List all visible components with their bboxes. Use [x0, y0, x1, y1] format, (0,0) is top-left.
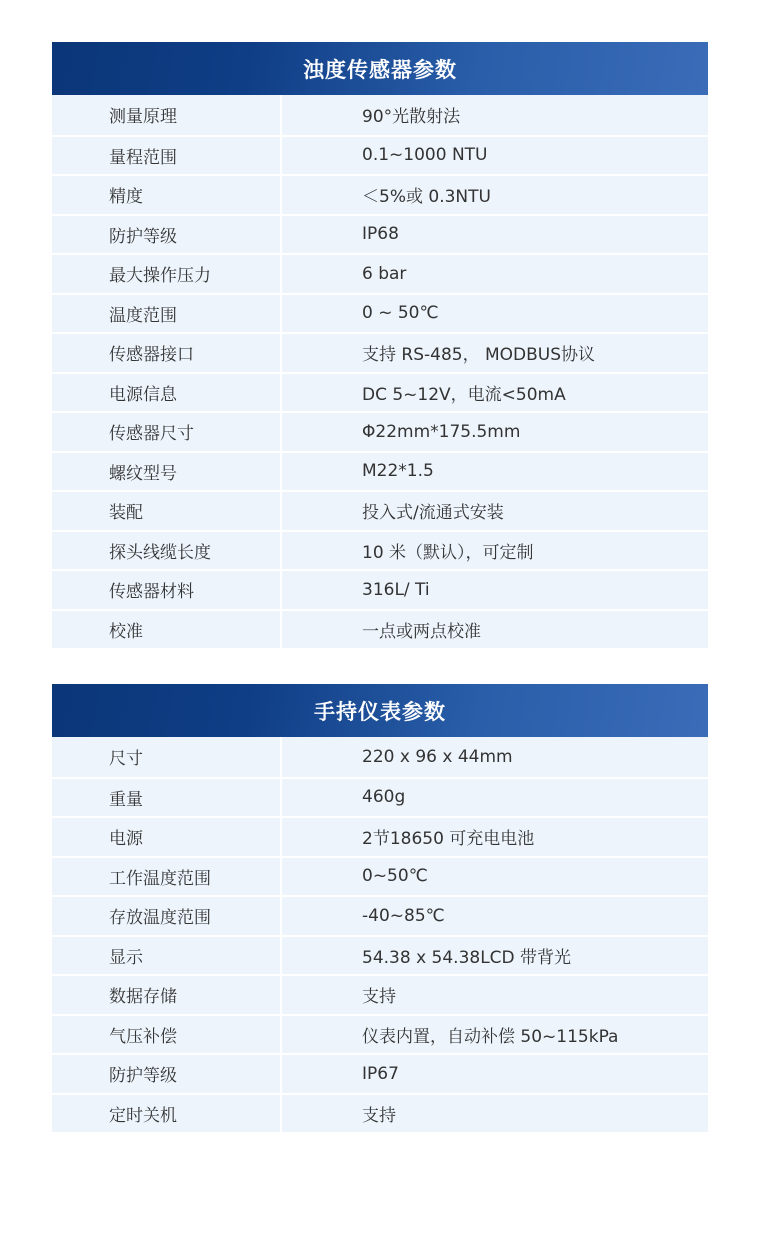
table-row: 传感器接口支持 RS-485， MODBUS协议	[52, 332, 708, 372]
row-value: -40~85℃	[282, 897, 708, 935]
row-label: 精度	[52, 176, 282, 214]
row-label: 尺寸	[52, 737, 282, 777]
row-label: 工作温度范围	[52, 858, 282, 896]
row-value: 316L/ Ti	[282, 571, 708, 609]
table-row: 探头线缆长度10 米（默认），可定制	[52, 530, 708, 570]
row-label: 探头线缆长度	[52, 532, 282, 570]
row-label: 传感器材料	[52, 571, 282, 609]
table-body: 测量原理90°光散射法 量程范围0.1~1000 NTU 精度＜5%或 0.3N…	[52, 95, 708, 648]
table-row: 传感器材料316L/ Ti	[52, 569, 708, 609]
table-row: 防护等级IP67	[52, 1053, 708, 1093]
row-value: 投入式/流通式安装	[282, 492, 708, 530]
row-value: 0~50℃	[282, 858, 708, 896]
table-row: 防护等级IP68	[52, 214, 708, 254]
row-value: 一点或两点校准	[282, 611, 708, 649]
row-value: ＜5%或 0.3NTU	[282, 176, 708, 214]
row-value: 0 ~ 50℃	[282, 295, 708, 333]
row-value: 6 bar	[282, 255, 708, 293]
row-value: 仪表内置，自动补偿 50~115kPa	[282, 1016, 708, 1054]
table-row: 精度＜5%或 0.3NTU	[52, 174, 708, 214]
row-label: 螺纹型号	[52, 453, 282, 491]
table-row: 尺寸220 x 96 x 44mm	[52, 737, 708, 777]
row-label: 重量	[52, 779, 282, 817]
table-body: 尺寸220 x 96 x 44mm 重量460g 电源2节18650 可充电电池…	[52, 737, 708, 1132]
row-value: 2节18650 可充电电池	[282, 818, 708, 856]
row-label: 装配	[52, 492, 282, 530]
table-row: 最大操作压力6 bar	[52, 253, 708, 293]
row-value: 支持	[282, 1095, 708, 1133]
table-row: 校准一点或两点校准	[52, 609, 708, 649]
row-value: 90°光散射法	[282, 95, 708, 135]
row-label: 测量原理	[52, 95, 282, 135]
handheld-meter-spec-table: 手持仪表参数 尺寸220 x 96 x 44mm 重量460g 电源2节1865…	[52, 684, 708, 1132]
row-value: 54.38 x 54.38LCD 带背光	[282, 937, 708, 975]
row-label: 显示	[52, 937, 282, 975]
table-row: 电源信息DC 5~12V，电流<50mA	[52, 372, 708, 412]
table-row: 量程范围0.1~1000 NTU	[52, 135, 708, 175]
table-row: 电源2节18650 可充电电池	[52, 816, 708, 856]
table-row: 螺纹型号M22*1.5	[52, 451, 708, 491]
row-label: 电源信息	[52, 374, 282, 412]
row-label: 定时关机	[52, 1095, 282, 1133]
table-row: 显示54.38 x 54.38LCD 带背光	[52, 935, 708, 975]
row-label: 温度范围	[52, 295, 282, 333]
table-row: 气压补偿仪表内置，自动补偿 50~115kPa	[52, 1014, 708, 1054]
row-value: M22*1.5	[282, 453, 708, 491]
table-row: 温度范围0 ~ 50℃	[52, 293, 708, 333]
table-title: 浊度传感器参数	[52, 42, 708, 95]
row-label: 校准	[52, 611, 282, 649]
table-row: 装配投入式/流通式安装	[52, 490, 708, 530]
table-row: 存放温度范围-40~85℃	[52, 895, 708, 935]
turbidity-sensor-spec-table: 浊度传感器参数 测量原理90°光散射法 量程范围0.1~1000 NTU 精度＜…	[52, 42, 708, 648]
row-value: 0.1~1000 NTU	[282, 137, 708, 175]
row-label: 电源	[52, 818, 282, 856]
row-value: 支持	[282, 976, 708, 1014]
row-value: 460g	[282, 779, 708, 817]
row-label: 防护等级	[52, 216, 282, 254]
row-label: 传感器尺寸	[52, 413, 282, 451]
table-row: 数据存储支持	[52, 974, 708, 1014]
row-value: 支持 RS-485， MODBUS协议	[282, 334, 708, 372]
row-value: IP67	[282, 1055, 708, 1093]
row-value: Φ22mm*175.5mm	[282, 413, 708, 451]
row-label: 存放温度范围	[52, 897, 282, 935]
table-row: 传感器尺寸Φ22mm*175.5mm	[52, 411, 708, 451]
row-label: 传感器接口	[52, 334, 282, 372]
table-row: 测量原理90°光散射法	[52, 95, 708, 135]
row-label: 气压补偿	[52, 1016, 282, 1054]
row-value: IP68	[282, 216, 708, 254]
row-value: 10 米（默认），可定制	[282, 532, 708, 570]
row-value: DC 5~12V，电流<50mA	[282, 374, 708, 412]
row-label: 最大操作压力	[52, 255, 282, 293]
row-label: 量程范围	[52, 137, 282, 175]
table-row: 定时关机支持	[52, 1093, 708, 1133]
row-value: 220 x 96 x 44mm	[282, 737, 708, 777]
table-row: 工作温度范围0~50℃	[52, 856, 708, 896]
table-title: 手持仪表参数	[52, 684, 708, 737]
row-label: 数据存储	[52, 976, 282, 1014]
table-row: 重量460g	[52, 777, 708, 817]
row-label: 防护等级	[52, 1055, 282, 1093]
